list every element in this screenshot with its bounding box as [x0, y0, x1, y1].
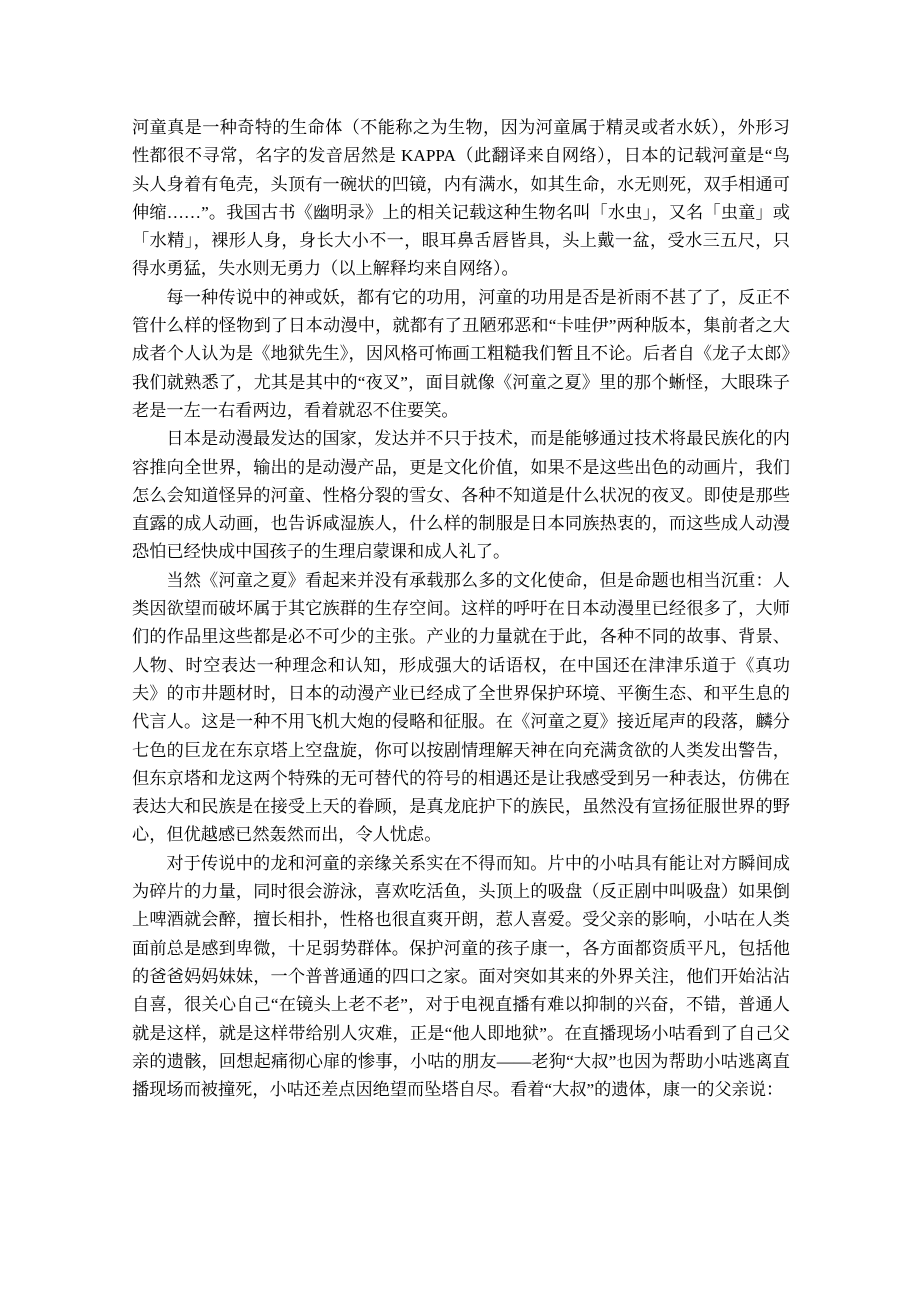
paragraph-kappa-intro: 河童真是一种奇特的生命体（不能称之为生物，因为河童属于精灵或者水妖），外形习性都… — [132, 114, 790, 284]
paragraph-film-theme: 当然《河童之夏》看起来并没有承载那么多的文化使命，但是命题也相当沉重：人类因欲望… — [132, 567, 790, 850]
paragraph-japan-anime-culture: 日本是动漫最发达的国家，发达并不只于技术，而是能够通过技术将最民族化的内容推向全… — [132, 425, 790, 566]
document-page: 河童真是一种奇特的生命体（不能称之为生物，因为河童属于精灵或者水妖），外形习性都… — [0, 0, 920, 1302]
paragraph-coo-story: 对于传说中的龙和河童的亲缘关系实在不得而知。片中的小咕具有能让对方瞬间成为碎片的… — [132, 850, 790, 1105]
document-text-block: 河童真是一种奇特的生命体（不能称之为生物，因为河童属于精灵或者水妖），外形习性都… — [132, 114, 790, 1104]
paragraph-legend-versions: 每一种传说中的神或妖，都有它的功用，河童的功用是否是祈雨不甚了了，反正不管什么样… — [132, 284, 790, 425]
